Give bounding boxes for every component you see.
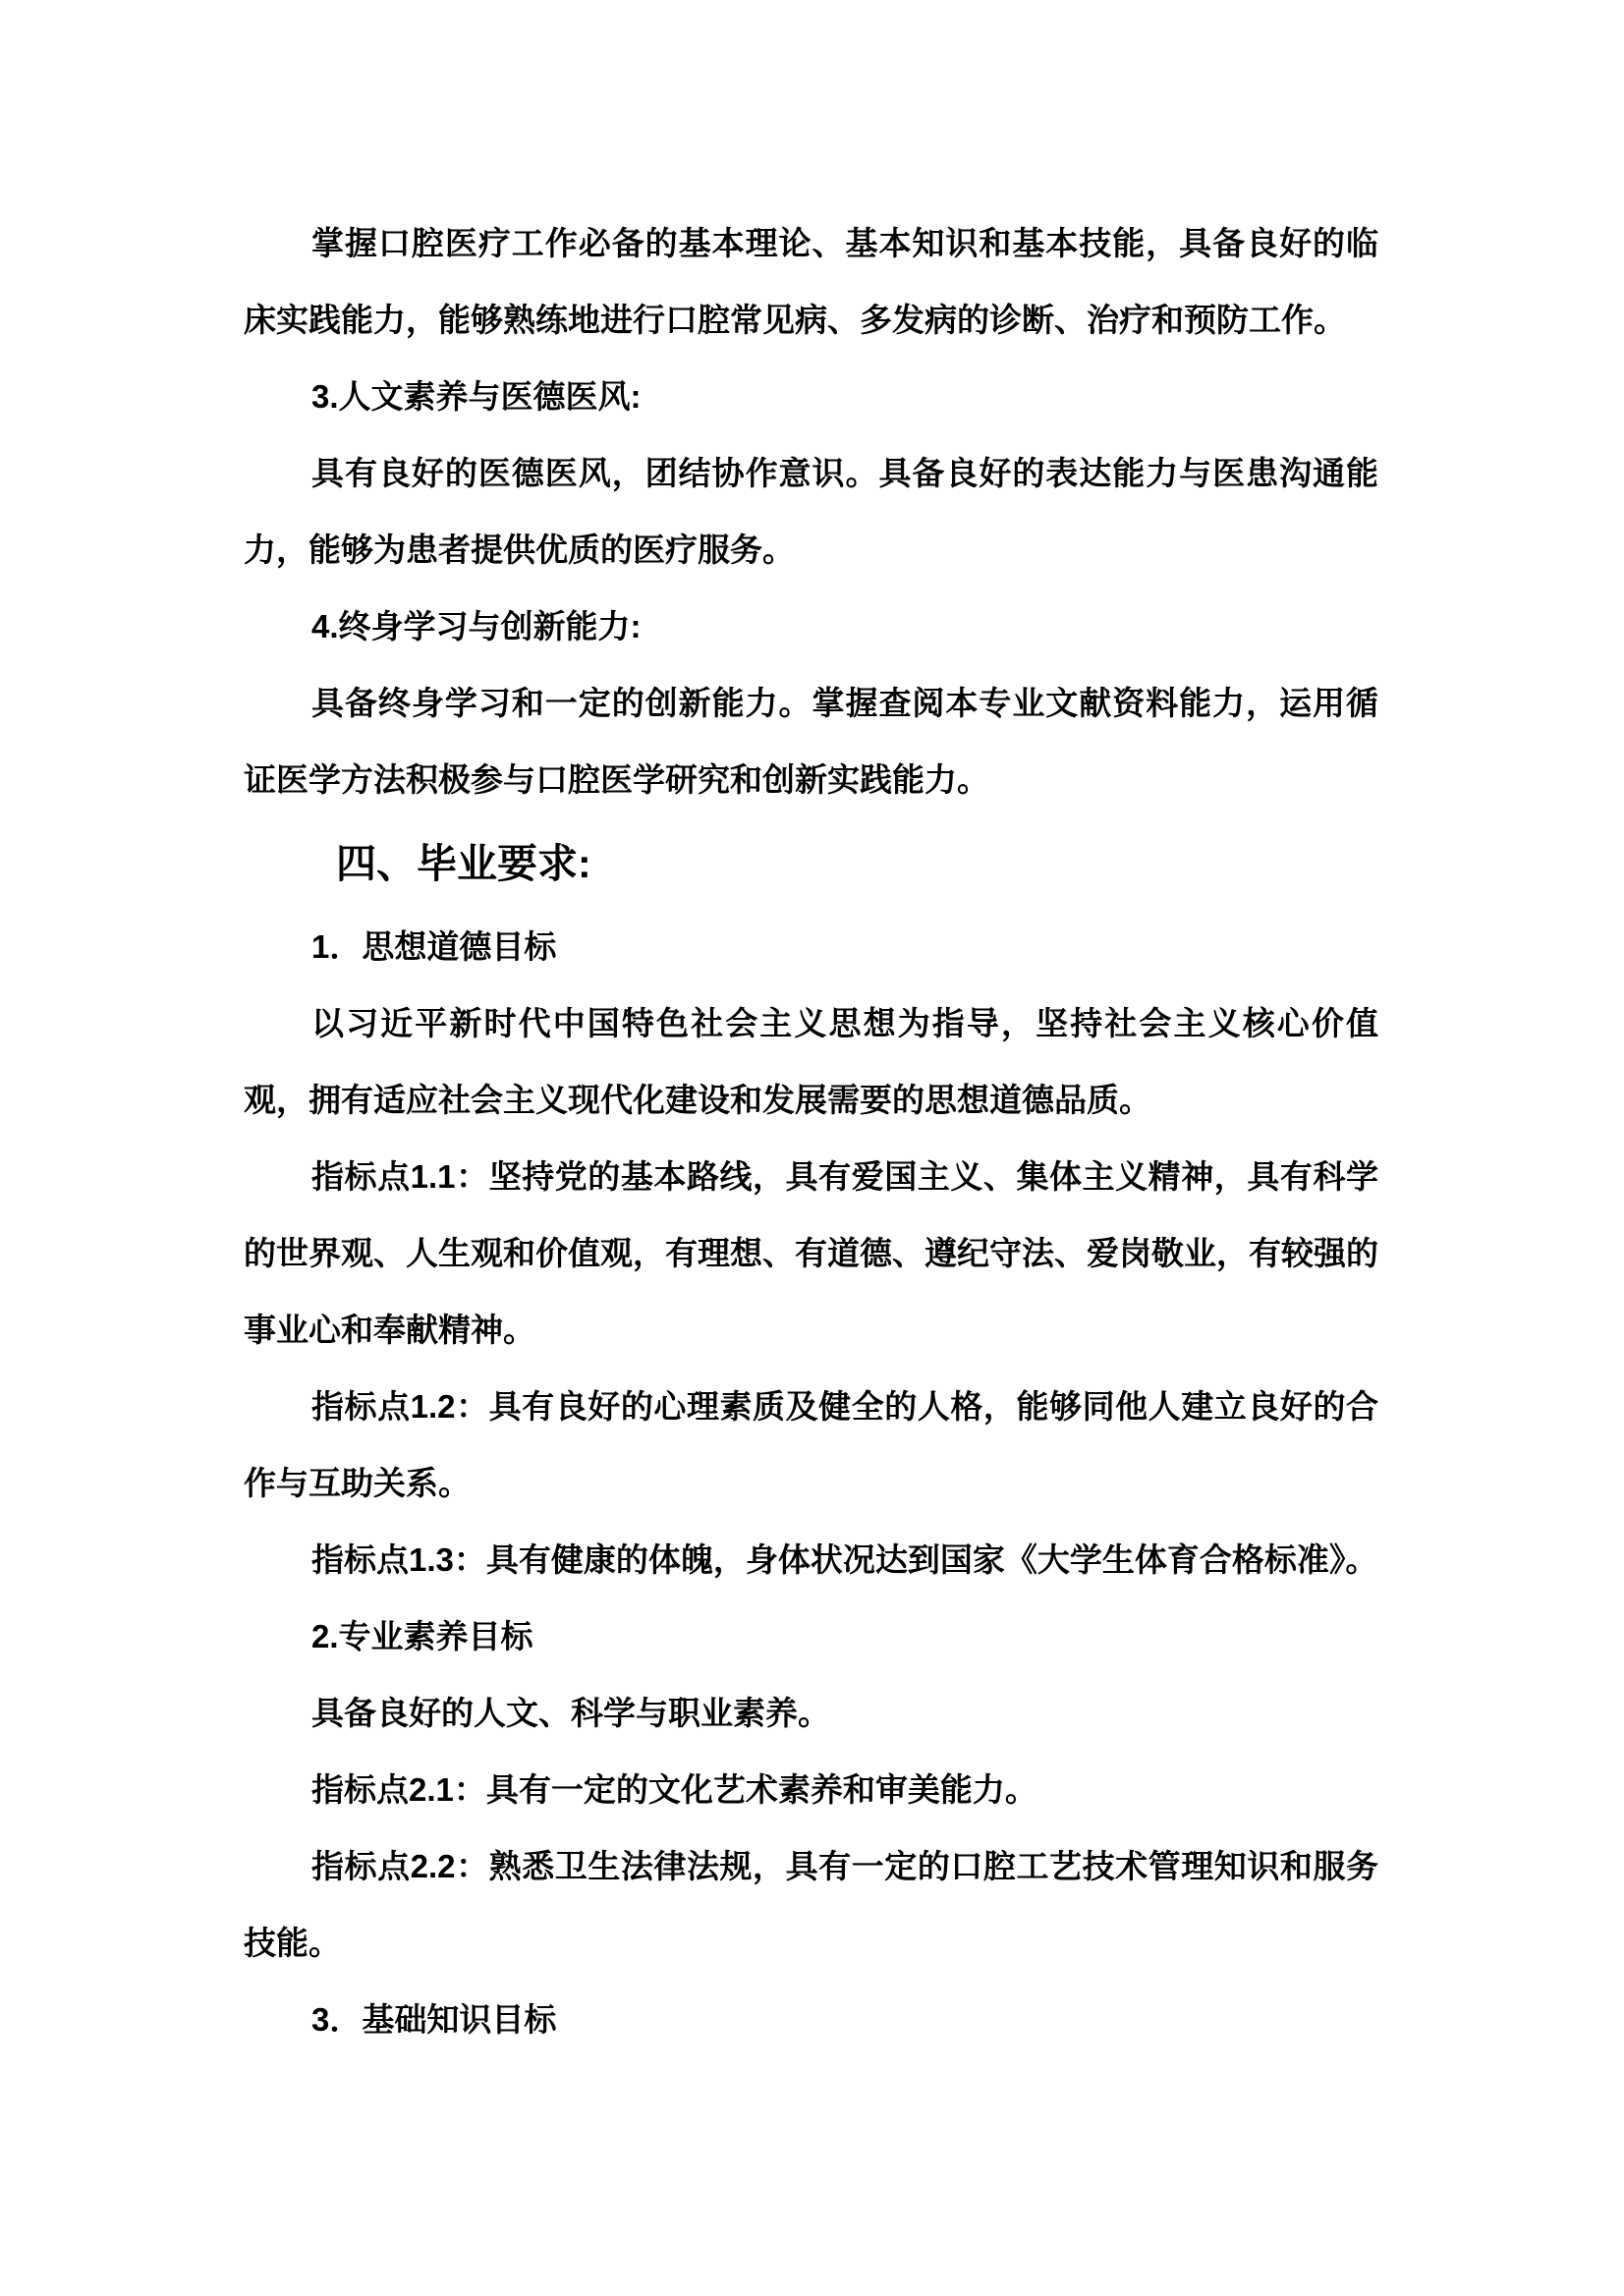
paragraph-indicator-2-1: 指标点2.1：具有一定的文化艺术素养和审美能力。 (244, 1752, 1378, 1828)
section-heading-professional-quality-goal: 2.专业素养目标 (244, 1598, 1378, 1675)
paragraph-indicator-1-3: 指标点1.3：具有健康的体魄，身体状况达到国家《大学生体育合格标准》。 (244, 1522, 1378, 1598)
paragraph-indicator-1-2: 指标点1.2：具有良好的心理素质及健全的人格，能够同他人建立良好的合作与互助关系… (244, 1369, 1378, 1522)
section-heading-basic-knowledge-goal: 3．基础知识目标 (244, 1982, 1378, 2058)
section-heading-lifelong-learning: 4.终身学习与创新能力: (244, 588, 1378, 665)
paragraph-indicator-1-1: 指标点1.1：坚持党的基本路线，具有爱国主义、集体主义精神，具有科学的世界观、人… (244, 1139, 1378, 1369)
section-heading-humanistic-quality: 3.人文素养与医德医风: (244, 359, 1378, 435)
paragraph-indicator-2-2: 指标点2.2：熟悉卫生法律法规，具有一定的口腔工艺技术管理知识和服务技能。 (244, 1828, 1378, 1982)
paragraph-professional-quality: 具备良好的人文、科学与职业素养。 (244, 1675, 1378, 1752)
paragraph-clinical-skills: 掌握口腔医疗工作必备的基本理论、基本知识和基本技能，具备良好的临床实践能力，能够… (244, 205, 1378, 359)
paragraph-innovation-ability: 具备终身学习和一定的创新能力。掌握查阅本专业文献资料能力，运用循证医学方法积极参… (244, 665, 1378, 818)
document-page: 掌握口腔医疗工作必备的基本理论、基本知识和基本技能，具备良好的临床实践能力，能够… (0, 0, 1624, 2296)
paragraph-ideological-guidance: 以习近平新时代中国特色社会主义思想为指导，坚持社会主义核心价值观，拥有适应社会主… (244, 985, 1378, 1139)
chapter-heading-graduation-requirements: 四、毕业要求: (244, 818, 1378, 909)
section-heading-ideological-moral-goal: 1．思想道德目标 (244, 909, 1378, 985)
paragraph-medical-ethics: 具有良好的医德医风，团结协作意识。具备良好的表达能力与医患沟通能力，能够为患者提… (244, 435, 1378, 588)
